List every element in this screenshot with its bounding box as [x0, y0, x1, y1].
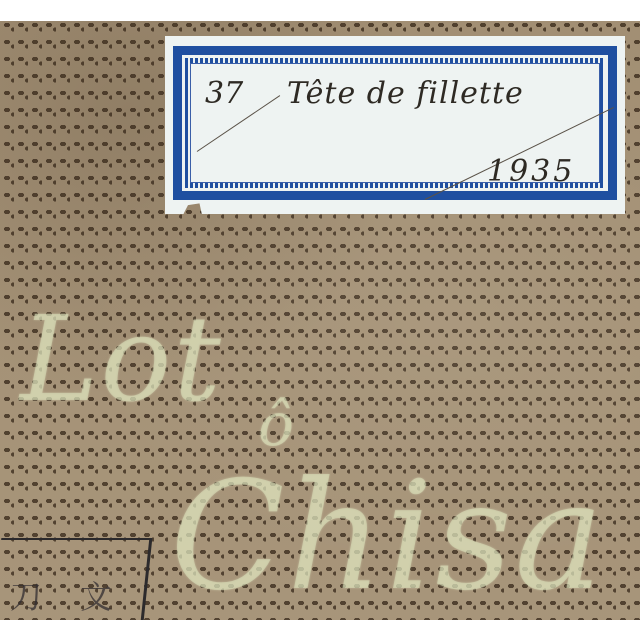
label-year: 1935 [487, 154, 575, 189]
bottom-margin [0, 620, 640, 640]
collector-label: 37 Tête de fillette 1935 [165, 36, 625, 214]
ink-stamp-marks: 刀 文 [10, 572, 126, 618]
label-title: Tête de fillette [287, 76, 524, 111]
label-number: 37 [205, 76, 243, 111]
stencil-text-line-1: Lot [20, 290, 223, 428]
stencil-text-line-3: Chisa [170, 450, 606, 624]
